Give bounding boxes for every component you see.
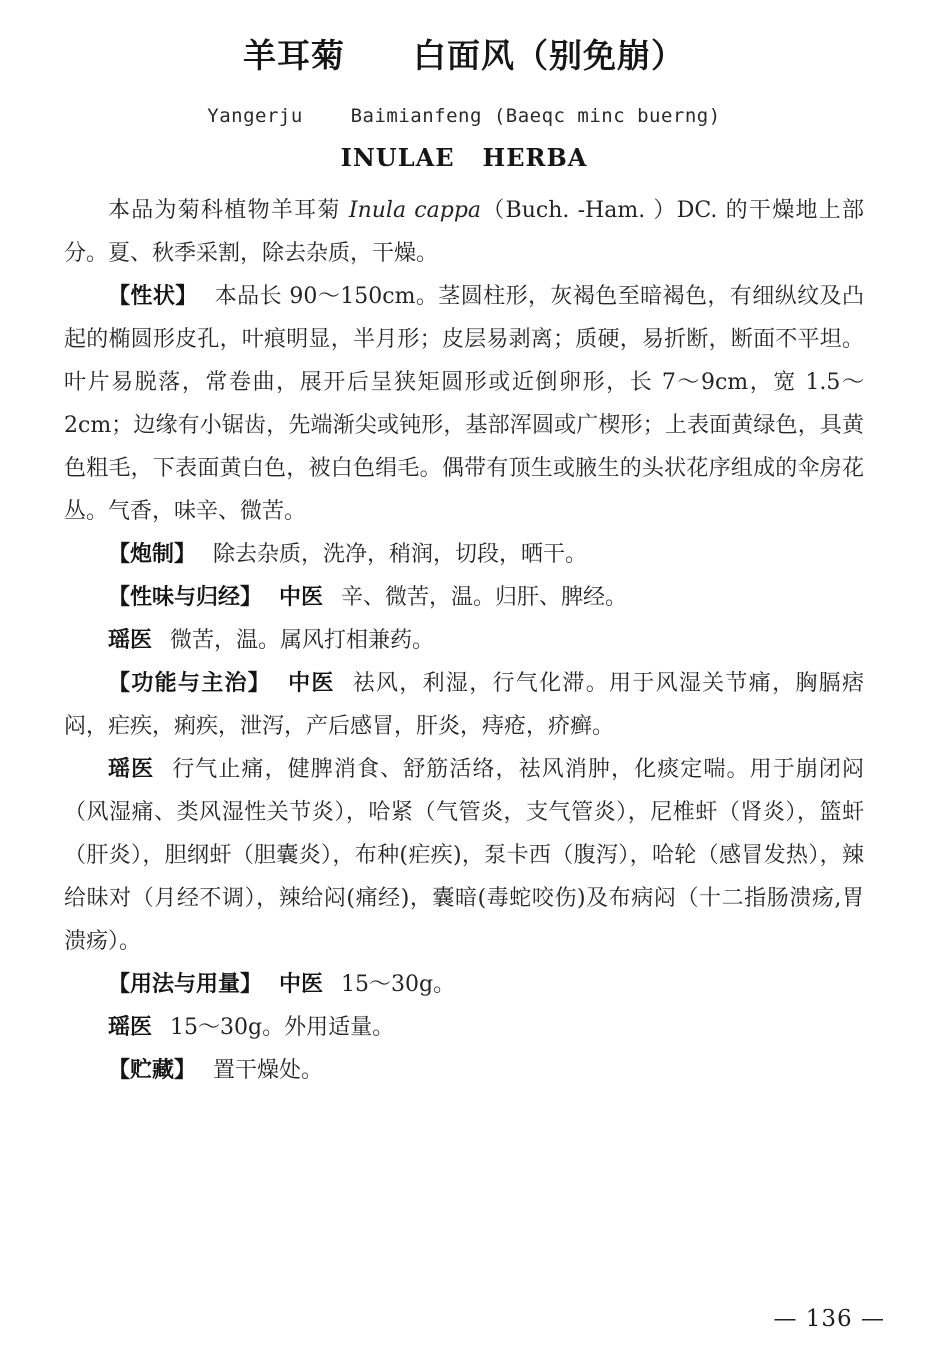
paragraph-source: 本品为菊科植物羊耳菊 Inula cappa（Buch. -Ham. ）DC. … [64,189,864,275]
document-page: 羊耳菊 白面风（别免崩） Yangerju Baimianfeng (Baeqc… [0,0,927,1353]
paragraph-properties-cm: 【性味与归经】中医辛、微苦，温。归肝、脾经。 [64,576,864,619]
page-content: 羊耳菊 白面风（别免崩） Yangerju Baimianfeng (Baeqc… [0,0,927,1092]
latin-name-title: INULAE HERBA [64,143,864,173]
medicine-system-label-yao: 瑶医 [108,1015,152,1040]
medicine-system-label-yao: 瑶医 [108,628,152,653]
paragraph-dosage-cm: 【用法与用量】中医15～30g。 [64,963,864,1006]
paragraph-storage: 【贮藏】置干燥处。 [64,1049,864,1092]
latin-binomial-italic: Inula cappa [349,198,481,223]
medicine-system-label-cm: 中医 [279,585,323,610]
paragraph-functions-yao: 瑶医行气止痛，健脾消食、舒筋活络，祛风消肿，化痰定喘。用于崩闭闷（风湿痛、类风湿… [64,748,864,963]
paragraph-dosage-yao: 瑶医15～30g。外用适量。 [64,1006,864,1049]
section-label-dosage: 【用法与用量】 [108,972,262,997]
paragraph-functions-cm: 【功能与主治】中医祛风，利湿，行气化滞。用于风湿关节痛，胸膈痞闷，疟疾，痢疾，泄… [64,662,864,748]
pinyin-title: Yangerju Baimianfeng (Baeqc minc buerng) [64,104,864,128]
section-label-description: 【性状】 [108,284,198,309]
medicine-system-label-yao: 瑶医 [108,757,154,782]
paragraph-processing: 【炮制】除去杂质，洗净，稍润，切段，晒干。 [64,533,864,576]
body-text: 本品为菊科植物羊耳菊 [108,198,349,223]
body-text: 15～30g。外用适量。 [170,1015,394,1040]
body-text: 微苦，温。属风打相兼药。 [170,628,434,653]
page-title: 羊耳菊 白面风（别免崩） [64,34,864,78]
body-text: 15～30g。 [341,972,455,997]
paragraph-description: 【性状】本品长 90～150cm。茎圆柱形，灰褐色至暗褐色，有细纵纹及凸起的椭圆… [64,275,864,533]
document-body: 本品为菊科植物羊耳菊 Inula cappa（Buch. -Ham. ）DC. … [64,189,864,1092]
body-text: 置干燥处。 [213,1058,323,1083]
section-label-functions: 【功能与主治】 [108,671,271,696]
section-label-storage: 【贮藏】 [108,1058,196,1083]
section-label-properties: 【性味与归经】 [108,585,262,610]
paragraph-properties-yao: 瑶医微苦，温。属风打相兼药。 [64,619,864,662]
section-label-processing: 【炮制】 [108,542,196,567]
body-text: 本品长 90～150cm。茎圆柱形，灰褐色至暗褐色，有细纵纹及凸起的椭圆形皮孔，… [64,284,864,524]
medicine-system-label-cm: 中医 [279,972,323,997]
page-number: — 136 — [773,1306,885,1332]
medicine-system-label-cm: 中医 [288,671,335,696]
body-text: 辛、微苦，温。归肝、脾经。 [341,585,627,610]
body-text: 行气止痛，健脾消食、舒筋活络，祛风消肿，化痰定喘。用于崩闭闷（风湿痛、类风湿性关… [64,757,864,954]
body-text: 除去杂质，洗净，稍润，切段，晒干。 [213,542,587,567]
